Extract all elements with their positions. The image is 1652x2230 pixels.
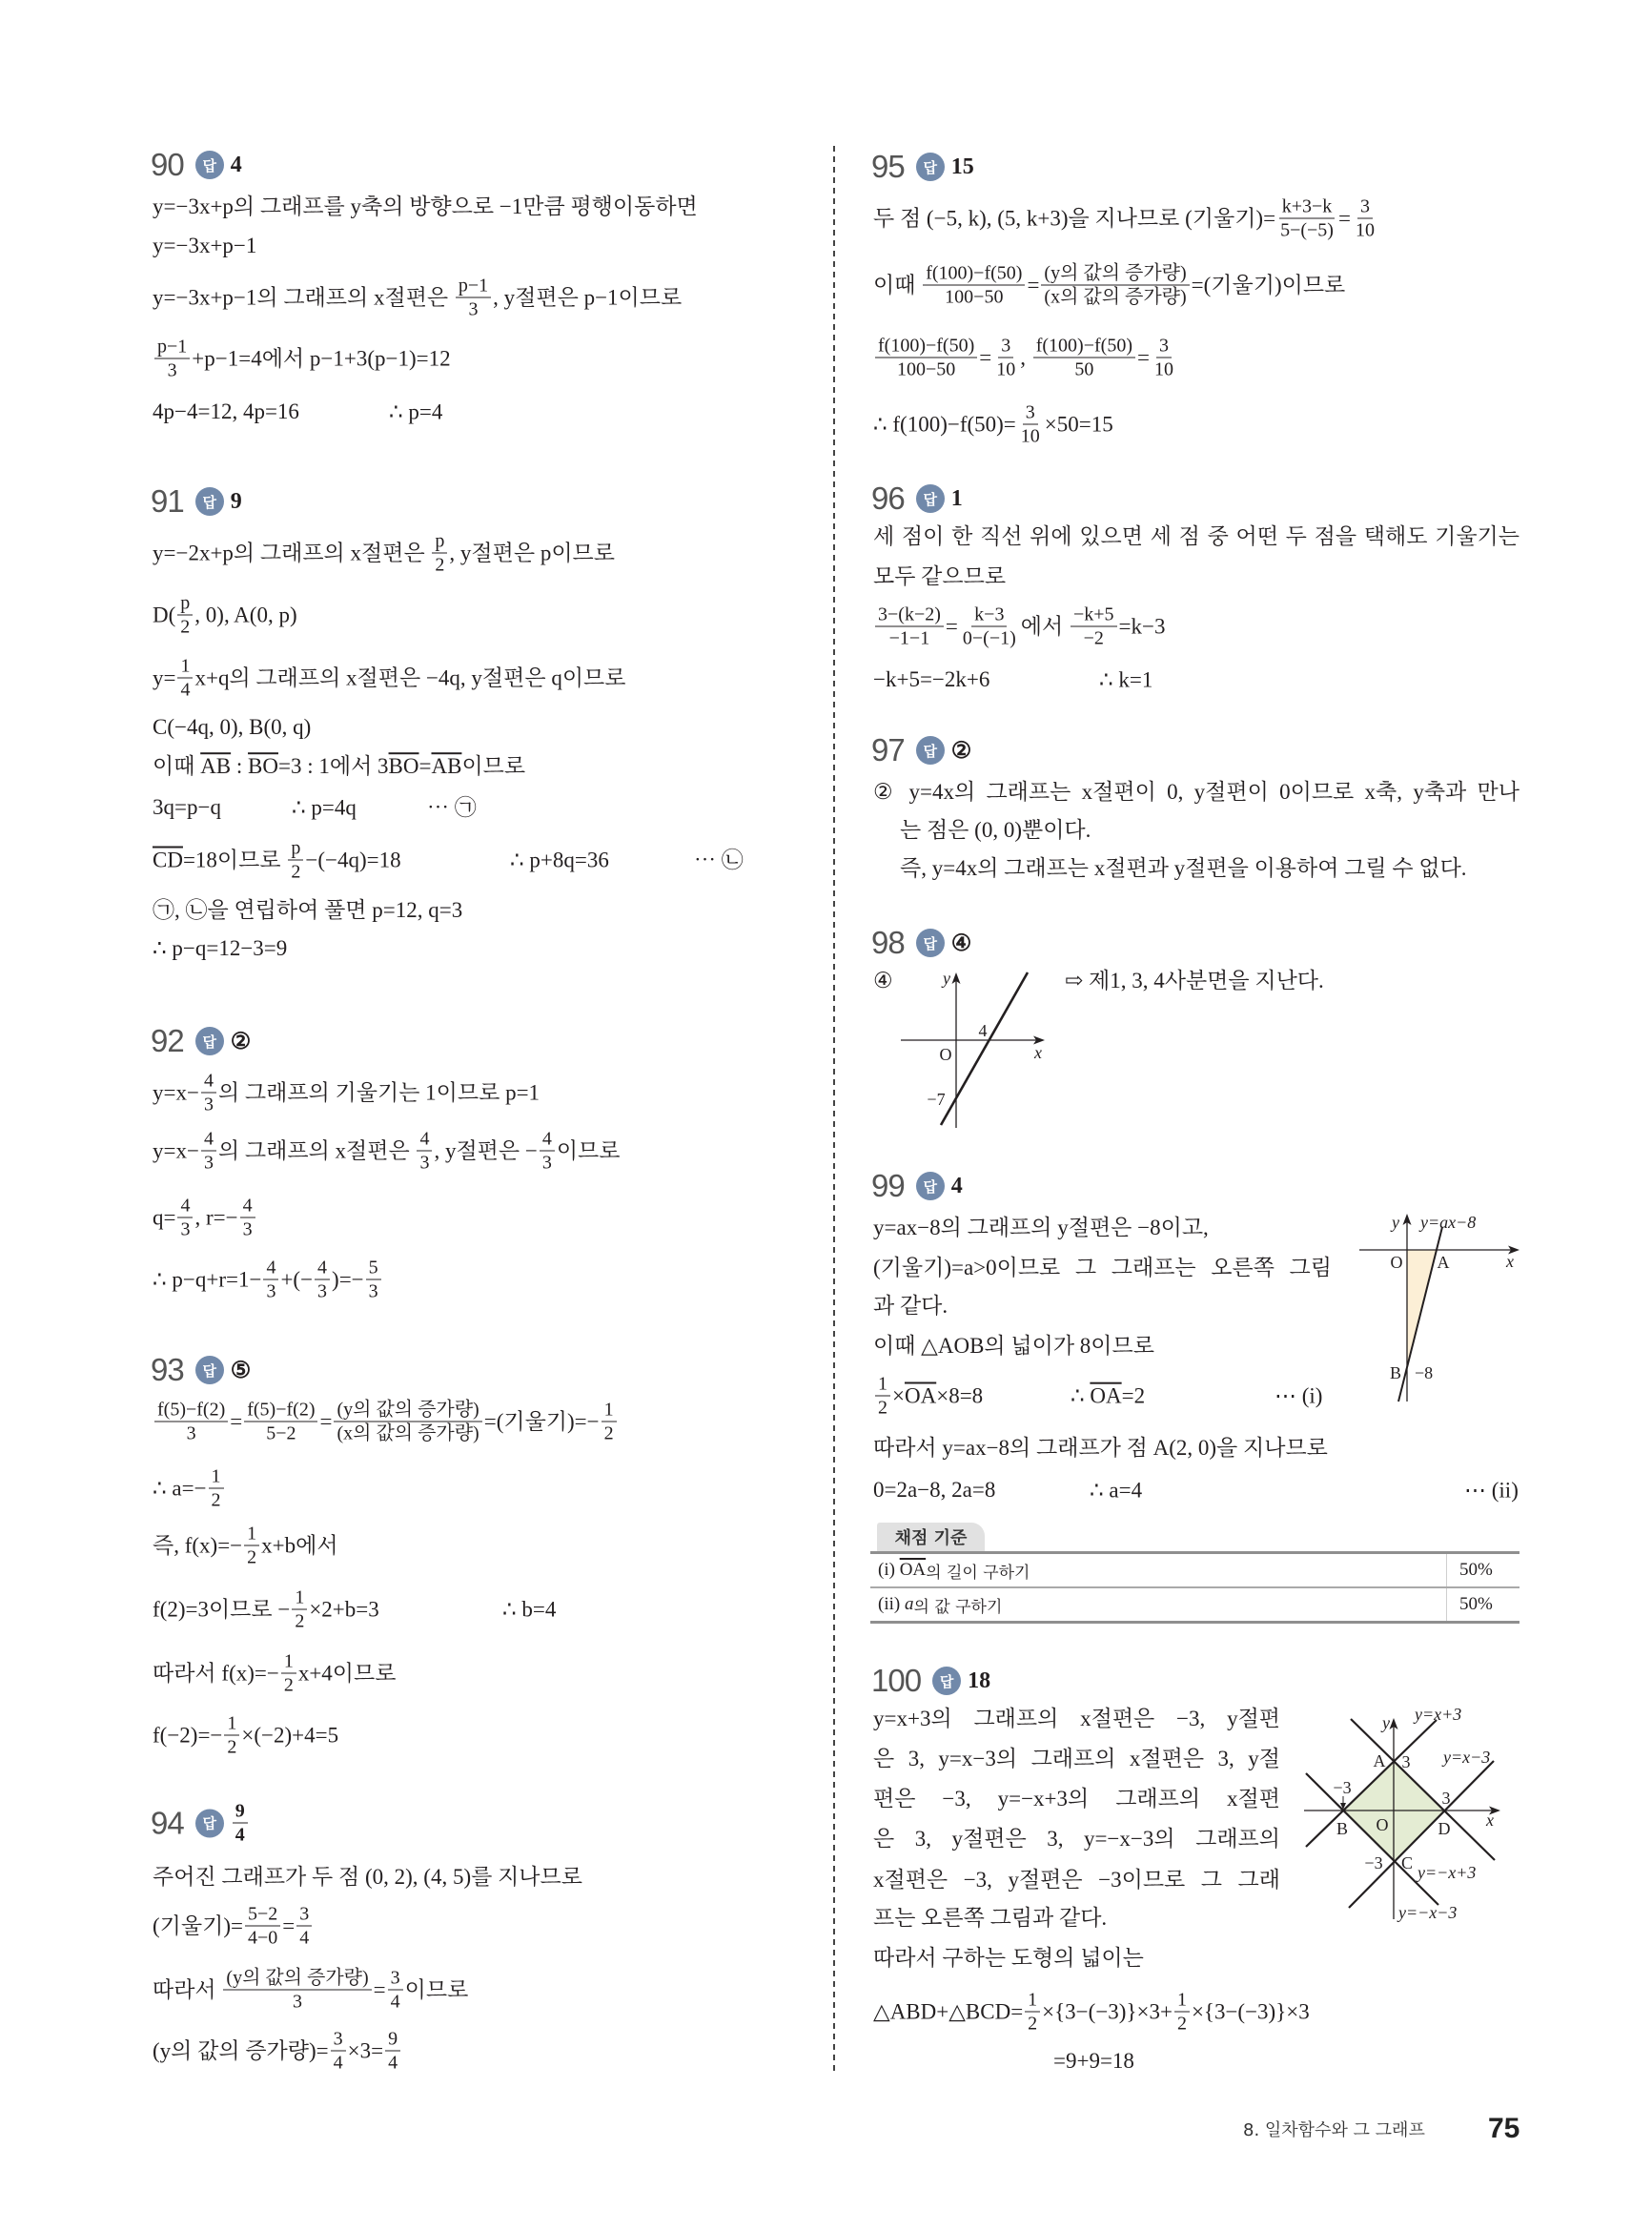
- text-segment: ㉠, ㉡을 연립하여 풀면 p=12, q=3: [153, 897, 462, 924]
- score-value: 50%: [1459, 1560, 1493, 1581]
- chapter-title: 8. 일차함수와 그 그래프: [1243, 2117, 1425, 2141]
- conclusion-segment: ∴ k=1: [1099, 666, 1152, 693]
- solution-line: (y의 값의 증가량)= 34 ×3= 94: [153, 2029, 402, 2074]
- line-label: y=x−3: [1441, 1748, 1490, 1767]
- score-cell: 50%: [1447, 1554, 1519, 1586]
- text-segment: f(−2)=−: [153, 1722, 222, 1749]
- fraction: 94: [385, 2029, 400, 2074]
- denominator: 3: [366, 1280, 381, 1302]
- solution-line: y=ax−8의 그래프의 y절편은 −8이고,: [873, 1215, 1209, 1241]
- solution-line: 모두 같으므로: [873, 563, 1006, 590]
- text-segment: 은 3, y=x−3의 그래프의 x절편은 3, y절: [873, 1747, 1280, 1770]
- text-segment: =: [319, 1408, 332, 1435]
- answer-value: ④: [951, 930, 972, 957]
- solution-line: ㉠, ㉡을 연립하여 풀면 p=12, q=3: [153, 897, 462, 924]
- problem-number: 92: [151, 1023, 184, 1059]
- denominator: 2: [209, 1489, 224, 1511]
- graph-98: y x O 4 −7: [891, 965, 1058, 1136]
- choice-label: ④: [873, 968, 893, 994]
- solution-line: ② y=4x의 그래프는 x절편이 0, y절편이 0이므로 x축, y축과 만…: [873, 779, 1519, 806]
- text-segment: , y절편은 p−1이므로: [493, 284, 682, 311]
- problem-number: 91: [151, 483, 184, 520]
- fraction: f(100)−f(50)100−50: [923, 263, 1025, 308]
- fraction: (y의 값의 증가량)(x의 값의 증가량): [1041, 263, 1189, 308]
- solution-line: (기울기)= 5−24−0 = 34: [153, 1904, 314, 1949]
- text-segment: ×{3−(−3)}×3+: [1042, 1998, 1173, 2025]
- numerator: 3: [1156, 336, 1172, 358]
- text-segment: ∴ p−q=12−3=9: [153, 935, 287, 962]
- denominator: 100−50: [942, 286, 1006, 308]
- text-segment: )=−: [332, 1266, 364, 1293]
- denominator: 5−(−5): [1277, 219, 1336, 241]
- denominator: −1−1: [887, 627, 933, 649]
- text-segment: 0=2a−8, 2a=8: [873, 1477, 995, 1504]
- numerator: 1: [292, 1587, 307, 1610]
- overline-segment: OA: [900, 1560, 926, 1581]
- text-segment: +(−: [280, 1266, 313, 1293]
- text-segment: y=: [153, 665, 175, 691]
- fraction: 3−(k−2)−1−1: [875, 604, 944, 649]
- solution-line: 이때 △AOB의 넓이가 8이므로: [873, 1333, 1154, 1360]
- conclusion-segment: ∴ a=4: [1090, 1477, 1142, 1504]
- denominator: 2: [1174, 2013, 1190, 2035]
- text-segment: ×3=: [348, 2037, 383, 2064]
- denominator: 4: [388, 1991, 403, 2013]
- text-segment: ,: [1020, 344, 1031, 371]
- text-segment: 의 그래프의 기울기는 1이므로 p=1: [218, 1079, 540, 1106]
- denominator: 3: [540, 1152, 555, 1174]
- denominator: 2: [224, 1736, 239, 1758]
- answer-badge-icon: 답: [195, 1027, 224, 1055]
- denominator: 2: [602, 1422, 617, 1444]
- answer-badge-icon: 답: [916, 153, 945, 181]
- overline-segment: CD: [153, 847, 183, 873]
- solution-line: ∴ a=− 12: [153, 1466, 226, 1511]
- text-segment: =: [1338, 205, 1351, 232]
- text-segment: 이므로: [405, 1976, 469, 2003]
- overline-segment: AB: [200, 753, 231, 780]
- variable-segment: a: [905, 1594, 914, 1615]
- solution-line: ∴ p−q+r=1− 43 +(− 43 )=− 53: [153, 1258, 383, 1302]
- graph-line: [941, 972, 1028, 1125]
- denominator: 4: [331, 2052, 346, 2074]
- text-segment: y=x−: [153, 1137, 199, 1164]
- text-segment: 모두 같으므로: [873, 563, 1006, 590]
- numerator: 3: [1023, 402, 1038, 425]
- text-segment: +p−1=4에서 p−1+3(p−1)=12: [192, 345, 450, 372]
- text-segment: f(2)=3이므로 −: [153, 1596, 290, 1623]
- point-b-label: B: [1336, 1819, 1348, 1838]
- numerator: 3−(k−2): [875, 604, 944, 627]
- numerator: 5−2: [245, 1904, 280, 1927]
- equation-tag: ⋯ ㉡: [694, 847, 744, 873]
- text-segment: 은 3, y절편은 3, y=−x−3의 그래프의: [873, 1827, 1280, 1851]
- problem-93-header: 93 답 ⑤: [151, 1352, 251, 1388]
- problem-98-header: 98 답 ④: [871, 925, 971, 961]
- fraction: 43: [201, 1071, 216, 1115]
- solution-line: =9+9=18: [1053, 2048, 1134, 2075]
- text-segment: (기울기)=a>0이므로 그 그래프는 오른쪽 그림: [873, 1256, 1332, 1279]
- text-segment: =: [1027, 272, 1039, 298]
- answer-badge-icon: 답: [195, 1356, 224, 1384]
- denominator: 2: [292, 1610, 307, 1632]
- solution-line: y=−3x+p의 그래프를 y축의 방향으로 −1만큼 평행이동하면: [153, 194, 698, 220]
- text-segment: ×: [892, 1382, 905, 1409]
- numerator: 9: [233, 1801, 248, 1824]
- numerator: 5: [366, 1258, 381, 1280]
- fraction: 12: [281, 1651, 296, 1696]
- text-segment: x+4이므로: [298, 1660, 397, 1687]
- denominator: 2: [281, 1674, 296, 1696]
- answer-value: 4: [231, 153, 242, 178]
- solution-line: 0=2a−8, 2a=8 ∴ a=4 ⋯ (ii): [873, 1477, 1519, 1504]
- solution-line: q= 43 , r=− 43: [153, 1196, 257, 1240]
- scoring-criteria-table: (i) OA 의 길이 구하기 50% (ii) a 의 값 구하기 50%: [870, 1551, 1519, 1624]
- problem-number: 97: [871, 732, 905, 768]
- point-c-label: C: [1401, 1853, 1413, 1872]
- fraction: 12: [244, 1524, 259, 1568]
- text-segment: =k−3: [1119, 613, 1166, 640]
- solution-line: 따라서 (y의 값의 증가량)3 = 34 이므로: [153, 1968, 468, 2013]
- line-label: y=ax−8: [1418, 1213, 1476, 1232]
- solution-line: p−13 +p−1=4에서 p−1+3(p−1)=12: [153, 337, 451, 381]
- fraction: (y의 값의 증가량)(x의 값의 증가량): [334, 1400, 481, 1444]
- solution-line: 4p−4=12, 4p=16 ∴ p=4: [153, 399, 299, 425]
- answer-fraction: 94: [233, 1801, 248, 1846]
- solution-line: (기울기)=a>0이므로 그 그래프는 오른쪽 그림: [873, 1255, 1332, 1281]
- text-segment: 주어진 그래프가 두 점 (0, 2), (4, 5)를 지나므로: [153, 1864, 582, 1891]
- solution-line: 은 3, y=x−3의 그래프의 x절편은 3, y절: [873, 1746, 1280, 1772]
- numerator: 4: [417, 1129, 432, 1152]
- fraction: 310: [993, 336, 1018, 380]
- text-segment: q=: [153, 1204, 175, 1231]
- solution-line: x절편은 −3, y절편은 −3이므로 그 그래: [873, 1867, 1280, 1893]
- fraction: 43: [263, 1258, 278, 1302]
- text-segment: y=ax−8의 그래프의 y절편은 −8이고,: [873, 1215, 1209, 1241]
- score-value: 50%: [1459, 1594, 1493, 1615]
- numerator: k−3: [971, 604, 1007, 627]
- solution-line: 는 점은 (0, 0)뿐이다.: [900, 817, 1091, 844]
- fraction: 34: [296, 1904, 312, 1949]
- text-segment: x+b에서: [261, 1532, 337, 1559]
- solution-line: y= 14 x+q의 그래프의 x절편은 −4q, y절편은 q이므로: [153, 656, 625, 701]
- step-tag: ⋯ (ii): [1464, 1477, 1519, 1504]
- text-segment: 4p−4=12, 4p=16: [153, 399, 299, 425]
- text-segment: 이때 △AOB의 넓이가 8이므로: [873, 1333, 1154, 1360]
- solution-line: y=x− 43 의 그래프의 x절편은 43 , y절편은 − 43 이므로: [153, 1129, 621, 1174]
- fraction: 12: [1025, 1990, 1040, 2035]
- text-segment: ∴: [1071, 1382, 1090, 1409]
- denominator: 2: [244, 1546, 259, 1568]
- problem-96-header: 96 답 1: [871, 481, 963, 517]
- denominator: 3: [165, 359, 180, 381]
- numerator: 1: [602, 1400, 617, 1422]
- problem-number: 95: [871, 149, 905, 185]
- text-segment: −k+5=−2k+6: [873, 666, 989, 693]
- answer-value: 15: [951, 154, 974, 180]
- y-axis-label: y: [1390, 1213, 1399, 1232]
- text-segment: 따라서 y=ax−8의 그래프가 점 A(2, 0)을 지나므로: [873, 1435, 1328, 1462]
- numerator: 3: [998, 336, 1013, 358]
- text-segment: ④: [873, 968, 893, 994]
- fraction: 12: [224, 1713, 239, 1758]
- d-value-label: 3: [1442, 1789, 1451, 1808]
- numerator: 1: [281, 1651, 296, 1674]
- scoring-row: (ii) a 의 값 구하기 50%: [870, 1586, 1519, 1621]
- solution-line: y=x− 43 의 그래프의 기울기는 1이므로 p=1: [153, 1071, 540, 1115]
- problem-number: 99: [871, 1168, 905, 1204]
- text-segment: =18이므로: [183, 847, 286, 873]
- fraction: 12: [602, 1400, 617, 1444]
- problem-number: 98: [871, 925, 905, 961]
- solution-line: f(2)=3이므로 − 12 ×2+b=3 ∴ b=4: [153, 1587, 379, 1632]
- denominator: (x의 값의 증가량): [1041, 286, 1189, 308]
- numerator: 4: [263, 1258, 278, 1280]
- text-segment: =: [282, 1913, 295, 1939]
- c-value-label: −3: [1364, 1853, 1382, 1872]
- text-segment: =(기울기)이므로: [1192, 272, 1346, 298]
- scoring-criteria-title: 채점 기준: [895, 1524, 968, 1549]
- numerator: 3: [388, 1968, 403, 1991]
- x-axis-label: x: [1485, 1811, 1494, 1830]
- solution-line: f(−2)=− 12 ×(−2)+4=5: [153, 1713, 338, 1758]
- numerator: 1: [1174, 1990, 1190, 2013]
- denominator: 10: [1018, 425, 1043, 447]
- a-value-label: 3: [1402, 1752, 1411, 1771]
- denominator: 3: [263, 1280, 278, 1302]
- text-segment: 따라서: [153, 1976, 221, 2003]
- numerator: 3: [296, 1904, 312, 1927]
- text-segment: ⇨ 제1, 3, 4사분면을 지난다.: [1065, 968, 1324, 994]
- text-segment: =: [1137, 344, 1150, 371]
- fraction: p2: [432, 531, 447, 576]
- denominator: 4: [296, 1927, 312, 1949]
- answer-badge-icon: 답: [195, 1809, 224, 1837]
- text-segment: 따라서 구하는 도형의 넓이는: [873, 1945, 1144, 1972]
- solution-line: 즉, f(x)=− 12 x+b에서: [153, 1524, 338, 1568]
- denominator: 2: [1025, 2013, 1040, 2035]
- numerator: 1: [177, 656, 193, 679]
- text-segment: 즉, y=4x의 그래프는 x절편과 y절편을 이용하여 그릴 수 없다.: [900, 855, 1467, 882]
- text-segment: 는 점은 (0, 0)뿐이다.: [900, 817, 1091, 844]
- denominator: 4: [233, 1824, 248, 1846]
- text-segment: x절편은 −3, y절편은 −3이므로 그 그래: [873, 1868, 1280, 1892]
- overline-segment: OA: [905, 1382, 936, 1409]
- numerator: 1: [209, 1466, 224, 1489]
- denominator: 10: [1152, 358, 1176, 380]
- denominator: 3: [184, 1422, 199, 1444]
- solution-line: 이때 AB : BO =3 : 1에서 3 BO = AB 이므로: [153, 753, 525, 780]
- text-segment: ×2+b=3: [309, 1596, 378, 1623]
- solution-line: C(−4q, 0), B(0, q): [153, 714, 311, 741]
- numerator: p: [177, 593, 193, 616]
- text-segment: , y절편은 p이므로: [449, 540, 615, 566]
- problem-97-header: 97 답 ②: [871, 732, 971, 768]
- conclusion-segment: ∴ p+8q=36: [510, 847, 609, 873]
- solution-line: △ABD+△BCD= 12 ×{3−(−3)}×3+ 12 ×{3−(−3)}×…: [873, 1990, 1310, 2035]
- denominator: 50: [1071, 358, 1096, 380]
- fraction: 12: [292, 1587, 307, 1632]
- numerator: (y의 값의 증가량): [334, 1400, 481, 1422]
- denominator: 3: [240, 1218, 255, 1240]
- denominator: 3: [201, 1094, 216, 1115]
- solution-line: 따라서 y=ax−8의 그래프가 점 A(2, 0)을 지나므로: [873, 1435, 1328, 1462]
- fraction: 43: [315, 1258, 330, 1302]
- denominator: 3: [417, 1152, 432, 1174]
- fraction: f(100)−f(50)50: [1033, 336, 1135, 380]
- solution-line: 따라서 f(x)=− 12 x+4이므로: [153, 1651, 396, 1696]
- text-segment: △ABD+△BCD=: [873, 1998, 1023, 2025]
- text-segment: 이므로: [461, 753, 525, 780]
- criterion-prefix: (i): [878, 1560, 900, 1581]
- solution-line: y=−3x+p−1: [153, 233, 256, 259]
- line-label: y=−x+3: [1416, 1863, 1476, 1882]
- fraction: −k+5−2: [1071, 604, 1117, 649]
- fraction: k−30−(−1): [960, 604, 1019, 649]
- text-segment: ×{3−(−3)}×3: [1192, 1998, 1310, 2025]
- answer-value: 9: [231, 489, 242, 515]
- text-segment: ×8=8: [936, 1382, 983, 1409]
- denominator: 3: [201, 1152, 216, 1174]
- y-intercept-label: −8: [1415, 1363, 1433, 1382]
- fraction: 43: [417, 1129, 432, 1174]
- text-segment: y=x+3의 그래프의 x절편은 −3, y절편: [873, 1707, 1280, 1730]
- solution-line: 프는 오른쪽 그림과 같다.: [873, 1905, 1107, 1932]
- criterion-text: 의 값 구하기: [913, 1593, 1002, 1617]
- score-cell: 50%: [1447, 1588, 1519, 1621]
- x-axis-label: x: [1033, 1043, 1042, 1062]
- answer-value: ②: [231, 1028, 252, 1055]
- fraction: 34: [331, 2029, 346, 2074]
- text-segment: ×(−2)+4=5: [241, 1722, 338, 1749]
- fraction: 12: [1174, 1990, 1190, 2035]
- answer-value: ⑤: [231, 1357, 252, 1384]
- overline-segment: BO: [248, 753, 278, 780]
- text-segment: 3q=p−q: [153, 794, 221, 821]
- fraction: 12: [875, 1374, 890, 1419]
- problem-95-header: 95 답 15: [871, 149, 974, 185]
- numerator: 1: [1025, 1990, 1040, 2013]
- numerator: f(100)−f(50): [923, 263, 1025, 286]
- fraction: 310: [1018, 402, 1043, 447]
- answer-value: ②: [951, 737, 972, 765]
- answer-value: 94: [231, 1801, 250, 1846]
- text-segment: 이때: [153, 753, 200, 780]
- text-segment: 따라서 f(x)=−: [153, 1660, 279, 1687]
- text-segment: 프는 오른쪽 그림과 같다.: [873, 1905, 1107, 1932]
- line-label: y=−x−3: [1397, 1903, 1457, 1922]
- text-segment: , r=−: [194, 1204, 237, 1231]
- numerator: 1: [244, 1524, 259, 1546]
- fraction: 43: [177, 1196, 193, 1240]
- fraction: 310: [1152, 336, 1176, 380]
- answer-badge-icon: 답: [916, 929, 945, 957]
- problem-94-header: 94 답 94: [151, 1801, 250, 1846]
- numerator: p: [432, 531, 447, 554]
- answer-badge-icon: 답: [916, 1172, 945, 1200]
- denominator: 0−(−1): [960, 627, 1019, 649]
- fraction: 310: [1353, 196, 1377, 241]
- solution-line: −k+5=−2k+6 ∴ k=1: [873, 666, 989, 693]
- y-axis-label: y: [1380, 1713, 1390, 1732]
- fraction: (y의 값의 증가량)3: [223, 1968, 371, 2013]
- denominator: 4: [385, 2052, 400, 2074]
- step-tag: ⋯ (i): [1275, 1382, 1322, 1409]
- text-segment: ×50=15: [1045, 411, 1113, 438]
- fraction: 43: [540, 1129, 555, 1174]
- text-segment: 에서: [1021, 613, 1069, 640]
- text-segment: y=−3x+p−1: [153, 233, 256, 259]
- text-segment: 이때: [873, 272, 921, 298]
- denominator: 2: [288, 861, 303, 883]
- numerator: 4: [315, 1258, 330, 1280]
- problem-100-header: 100 답 18: [871, 1663, 990, 1699]
- origin-label: O: [1391, 1253, 1403, 1272]
- equation-tag: ⋯ ㉠: [427, 794, 477, 821]
- overline-segment: BO: [389, 753, 419, 780]
- text-segment: , 0), A(0, p): [194, 602, 296, 628]
- denominator: 3: [315, 1280, 330, 1302]
- fraction: f(100)−f(50)100−50: [875, 336, 977, 380]
- text-segment: 과 같다.: [873, 1293, 948, 1320]
- denominator: 4−0: [245, 1927, 280, 1949]
- scoring-row: (i) OA 의 길이 구하기 50%: [870, 1554, 1519, 1586]
- text-segment: (y의 값의 증가량)=: [153, 2037, 329, 2064]
- overline-segment: OA: [1090, 1382, 1121, 1409]
- numerator: 3: [1357, 196, 1373, 219]
- denominator: 100−50: [894, 358, 958, 380]
- problem-91-header: 91 답 9: [151, 483, 242, 520]
- text-segment: 두 점 (−5, k), (5, k+3)을 지나므로 (기울기)=: [873, 205, 1275, 232]
- conclusion-segment: ∴ OA =2: [1071, 1382, 1145, 1409]
- fraction: 14: [177, 656, 193, 701]
- problem-99-header: 99 답 4: [871, 1168, 963, 1204]
- text-segment: , y절편은 −: [434, 1137, 537, 1164]
- fraction: 53: [366, 1258, 381, 1302]
- graph-99: y y=ax−8 O A x B −8: [1354, 1209, 1525, 1409]
- denominator: 3: [466, 298, 481, 320]
- criterion-cell: (i) OA 의 길이 구하기: [870, 1554, 1447, 1586]
- denominator: 2: [432, 554, 447, 576]
- b-value-label: −3: [1333, 1778, 1351, 1797]
- denominator: −2: [1081, 627, 1107, 649]
- solution-line: 따라서 구하는 도형의 넓이는: [873, 1945, 1144, 1972]
- numerator: 4: [177, 1196, 193, 1218]
- text-segment: 이므로: [557, 1137, 621, 1164]
- fraction: 34: [388, 1968, 403, 2013]
- numerator: (y의 값의 증가량): [223, 1968, 371, 1991]
- answer-badge-icon: 답: [916, 736, 945, 765]
- text-segment: ∴ a=−: [153, 1475, 207, 1502]
- scoring-criteria-tab: 채점 기준: [877, 1523, 985, 1551]
- graph-100: y y=x+3 A 3 y=x−3 −3 3 x B O D −3 C y=−x…: [1301, 1707, 1520, 1926]
- problem-number: 94: [151, 1805, 184, 1841]
- text-segment: =: [374, 1976, 386, 2003]
- numerator: (y의 값의 증가량): [1041, 263, 1189, 286]
- denominator: 10: [1353, 219, 1377, 241]
- solution-line: 이때 f(100)−f(50)100−50 = (y의 값의 증가량)(x의 값…: [873, 263, 1345, 308]
- answer-value: 1: [951, 486, 963, 512]
- x-axis-label: x: [1505, 1252, 1514, 1271]
- problem-number: 100: [871, 1663, 921, 1699]
- problem-number: 90: [151, 147, 184, 183]
- fraction: p2: [288, 838, 303, 883]
- problem-92-header: 92 답 ②: [151, 1023, 251, 1059]
- problem-number: 93: [151, 1352, 184, 1388]
- denominator: 5−2: [263, 1422, 298, 1444]
- solution-line: 편은 −3, y=−x+3의 그래프의 x절편: [873, 1786, 1280, 1812]
- text-segment: 의 그래프의 x절편은: [218, 1137, 416, 1164]
